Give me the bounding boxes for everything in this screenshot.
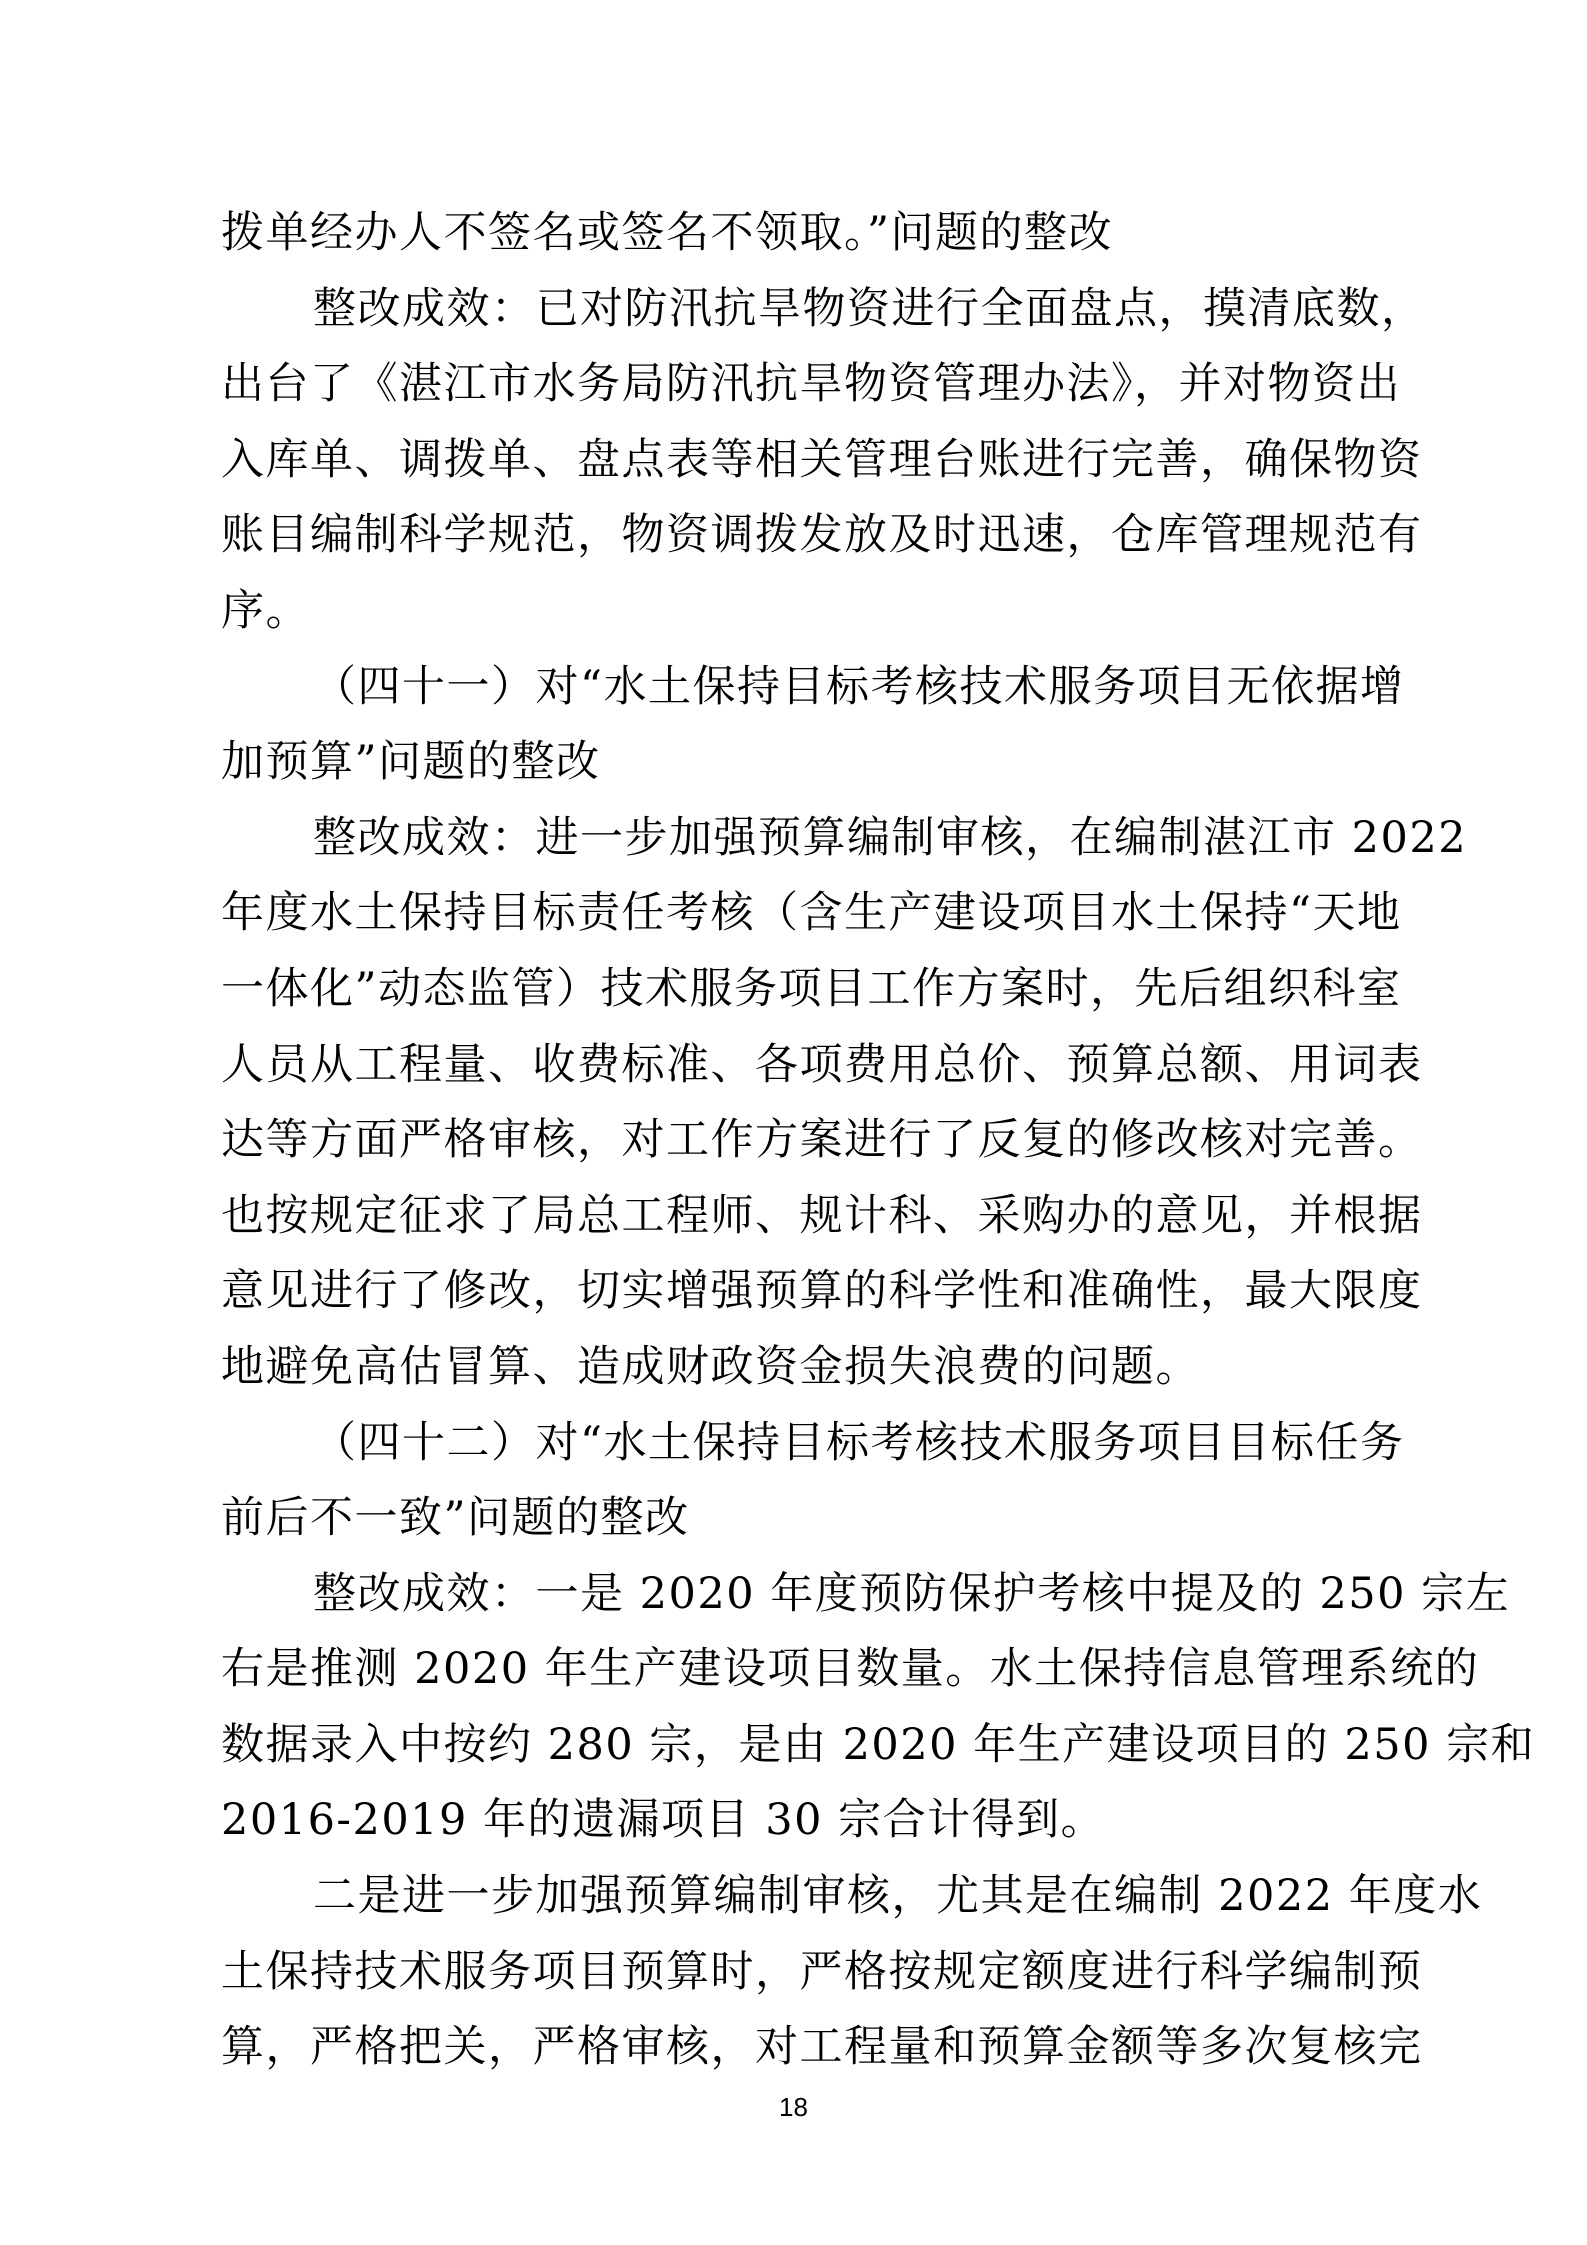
body-line: 人员从工程量、收费标准、各项费用总价、预算总额、用词表: [221, 1028, 1377, 1104]
body-line: 算，严格把关，严格审核，对工程量和预算金额等多次复核完: [221, 2010, 1377, 2086]
body-line: 也按规定征求了局总工程师、规计科、采购办的意见，并根据: [221, 1179, 1377, 1255]
page-number: 18: [0, 2092, 1587, 2123]
heading-continuation-line: 拨单经办人不签名或签名不领取。”问题的整改: [221, 196, 1377, 272]
body-line: 数据录入中按约 280 宗，是由 2020 年生产建设项目的 250 宗和: [221, 1708, 1377, 1784]
body-line: 年度水土保持目标责任考核（含生产建设项目水土保持“天地: [221, 876, 1377, 952]
body-line: 土保持技术服务项目预算时，严格按规定额度进行科学编制预: [221, 1935, 1377, 2011]
body-line: 整改成效：已对防汛抗旱物资进行全面盘点，摸清底数，: [221, 272, 1377, 348]
section-heading-42-line: （四十二）对“水土保持目标考核技术服务项目目标任务: [221, 1406, 1377, 1482]
body-line: 地避免高估冒算、造成财政资金损失浪费的问题。: [221, 1330, 1377, 1406]
body-line: 一体化”动态监管）技术服务项目工作方案时，先后组织科室: [221, 952, 1377, 1028]
section-heading-42-line: 前后不一致”问题的整改: [221, 1481, 1377, 1557]
body-line: 整改成效：进一步加强预算编制审核，在编制湛江市 2022: [221, 801, 1377, 877]
body-line: 出台了《湛江市水务局防汛抗旱物资管理办法》，并对物资出: [221, 347, 1377, 423]
section-heading-41-line: 加预算”问题的整改: [221, 725, 1377, 801]
body-line: 右是推测 2020 年生产建设项目数量。水土保持信息管理系统的: [221, 1632, 1377, 1708]
body-line: 入库单、调拨单、盘点表等相关管理台账进行完善，确保物资: [221, 423, 1377, 499]
body-line: 序。: [221, 574, 1377, 650]
body-line: 账目编制科学规范，物资调拨发放及时迅速，仓库管理规范有: [221, 498, 1377, 574]
section-heading-41-line: （四十一）对“水土保持目标考核技术服务项目无依据增: [221, 650, 1377, 726]
body-line: 2016-2019 年的遗漏项目 30 宗合计得到。: [221, 1783, 1377, 1859]
body-line: 意见进行了修改，切实增强预算的科学性和准确性，最大限度: [221, 1254, 1377, 1330]
document-body: 拨单经办人不签名或签名不领取。”问题的整改 整改成效：已对防汛抗旱物资进行全面盘…: [221, 196, 1377, 2086]
body-line: 达等方面严格审核，对工作方案进行了反复的修改核对完善。: [221, 1103, 1377, 1179]
body-line: 二是进一步加强预算编制审核，尤其是在编制 2022 年度水: [221, 1859, 1377, 1935]
body-line: 整改成效：一是 2020 年度预防保护考核中提及的 250 宗左: [221, 1557, 1377, 1633]
document-page: 拨单经办人不签名或签名不领取。”问题的整改 整改成效：已对防汛抗旱物资进行全面盘…: [0, 0, 1587, 2245]
